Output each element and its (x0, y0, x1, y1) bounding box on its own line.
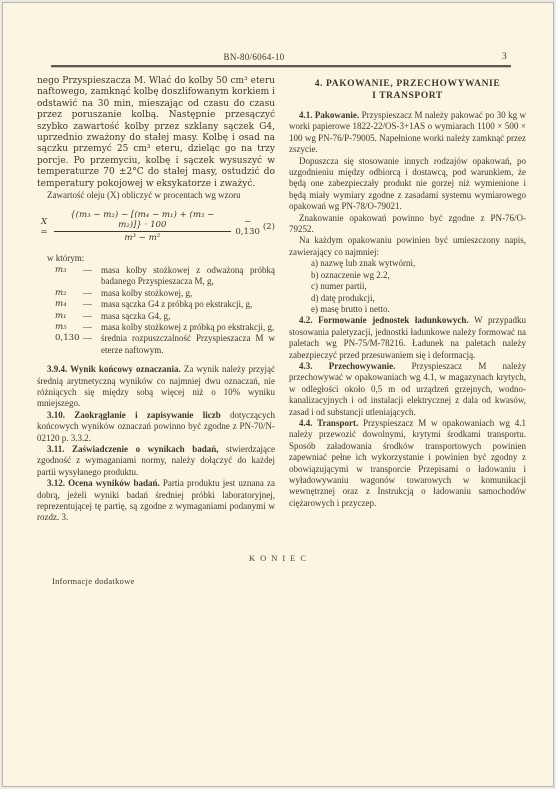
section-4-3: 4.3. Przechowywanie. Przyspieszacz M nal… (289, 361, 526, 418)
definition-text: masa kolby stożkowej, g, (101, 288, 275, 299)
definition-text: masa sączka G4 z próbką po ekstrakcji, g… (101, 299, 275, 310)
end-label: KONIEC (2, 553, 556, 563)
page-number: 3 (502, 52, 507, 62)
section-heading: 3.11. Zaświadczenie o wynikach badań, (47, 444, 218, 454)
section-heading: 3.12. Ocena wyników badań. (47, 478, 160, 488)
symbol-m4: m₄ (55, 299, 83, 310)
formula-constant: − 0,130 (233, 217, 263, 237)
additional-info-label: Informacje dodatkowe (52, 576, 135, 586)
definition-text: średnia rozpuszczalność Przyspieszacza M… (101, 333, 275, 356)
list-item-d: d) datę produkcji, (311, 293, 526, 304)
symbol-m5: m₅ (55, 322, 83, 333)
dash: — (83, 288, 101, 299)
list-item-e: e) masę brutto i netto. (311, 304, 526, 315)
section-3-10: 3.10. Zaokrąglanie i zapisywanie liczb d… (37, 410, 275, 444)
label-requirements-list: a) nazwę lub znak wytwórni, b) oznaczeni… (311, 258, 526, 315)
section-heading: 4.1. Pakowanie. (299, 110, 359, 120)
formula-oil-content: X = {(m₃ − m₂) − [(m₄ − m₁) + (m₅ − m₂)]… (37, 210, 275, 243)
section-3-12: 3.12. Ocena wyników badań. Partia produk… (37, 478, 275, 524)
dash: — (83, 322, 101, 333)
formula-fraction: {(m₃ − m₂) − [(m₄ − m₁) + (m₅ − m₂)]} · … (54, 210, 230, 243)
dash: — (83, 311, 101, 322)
definition-text: masa kolby stożkowej z próbką po ekstrak… (101, 322, 275, 333)
symbol-m2: m₂ (55, 288, 83, 299)
section-text: Przyspieszacz M w opakowaniach wg 4.1 na… (289, 418, 526, 508)
section-4-4: 4.4. Transport. Przyspieszacz M w opakow… (289, 418, 526, 509)
definition-text: masa sączka G4, g, (101, 311, 275, 322)
paragraph-label-requirements: Na każdym opakowaniu powinien być umiesz… (289, 235, 526, 258)
section-3-11: 3.11. Zaświadczenie o wynikach badań, st… (37, 444, 275, 478)
header-rule (51, 65, 511, 67)
right-column: 4. PAKOWANIE, PRZECHOWYWANIE I TRANSPORT… (289, 76, 526, 509)
section-heading: 4.3. Przechowywanie. (299, 361, 395, 371)
definition-row: m₅ — masa kolby stożkowej z próbką po ek… (37, 322, 275, 333)
equation-number: (2) (263, 222, 275, 232)
dash: — (83, 265, 101, 288)
definition-row: m₄ — masa sączka G4 z próbką po ekstrakc… (37, 299, 275, 310)
definition-text: masa kolby stożkowej z odważoną próbką b… (101, 265, 275, 288)
section-heading: 4.2. Formowanie jednostek ładunkowych. (299, 315, 469, 325)
paragraph-marking: Znakowanie opakowań powinno być zgodne z… (289, 213, 526, 236)
chapter-heading-line1: 4. PAKOWANIE, PRZECHOWYWANIE (289, 78, 526, 90)
list-item-b: b) oznaczenie wg 2.2, (311, 270, 526, 281)
symbol-m3: m₃ (55, 265, 83, 288)
definition-row: m₁ — masa sączka G4, g, (37, 311, 275, 322)
list-item-a: a) nazwę lub znak wytwórni, (311, 258, 526, 269)
left-column: nego Przyspieszacza M. Wlać do kolby 50 … (37, 76, 275, 524)
definition-row: m₃ — masa kolby stożkowej z odważoną pró… (37, 265, 275, 288)
formula-lhs: X = (37, 217, 51, 237)
dash: — (83, 333, 101, 356)
paragraph-continuation: nego Przyspieszacza M. Wlać do kolby 50 … (37, 76, 275, 190)
formula-denominator: m³ − m² (54, 232, 230, 243)
list-item-c: c) numer partii, (311, 281, 526, 292)
section-heading: 3.10. Zaokrąglanie i zapisywanie liczb (47, 410, 221, 420)
section-heading: 3.9.4. Wynik końcowy oznaczania. (47, 364, 181, 374)
symbol-constant: 0,130 (55, 333, 83, 356)
chapter-4-heading: 4. PAKOWANIE, PRZECHOWYWANIE I TRANSPORT (289, 78, 526, 102)
definition-row: m₂ — masa kolby stożkowej, g, (37, 288, 275, 299)
formula-numerator: {(m₃ − m₂) − [(m₄ − m₁) + (m₅ − m₂)]} · … (54, 210, 230, 232)
formula-intro: Zawartość oleju (X) obliczyć w procentac… (37, 190, 275, 201)
paragraph-packaging-alt: Dopuszcza się stosowanie innych rodzajów… (289, 156, 526, 213)
dash: — (83, 299, 101, 310)
where-label: w którym: (37, 253, 275, 264)
scanned-standard-page: BN-80/6064-10 3 nego Przyspieszacza M. W… (0, 0, 556, 789)
chapter-heading-line2: I TRANSPORT (289, 90, 526, 102)
section-3-9-4: 3.9.4. Wynik końcowy oznaczania. Za wyni… (37, 364, 275, 410)
symbol-m1: m₁ (55, 311, 83, 322)
definition-row: 0,130 — średnia rozpuszczalność Przyspie… (37, 333, 275, 356)
section-heading: 4.4. Transport. (299, 418, 358, 428)
section-4-1: 4.1. Pakowanie. Przyspieszacz M należy p… (289, 110, 526, 156)
standard-number: BN-80/6064-10 (224, 52, 285, 62)
section-4-2: 4.2. Formowanie jednostek ładunkowych. W… (289, 315, 526, 361)
